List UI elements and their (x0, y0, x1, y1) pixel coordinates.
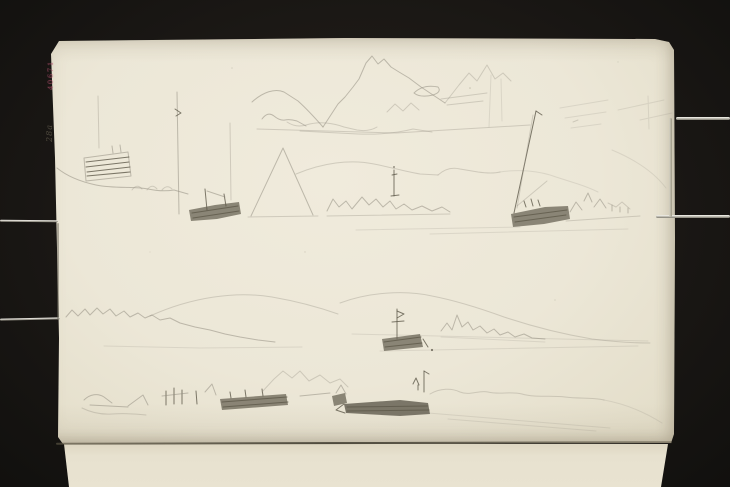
left-clip-wire-upper (0, 220, 58, 222)
red-accession-stamp: 40671 (45, 50, 57, 100)
right-clip-wire-lower (656, 215, 730, 218)
sketchbook-lower-page (60, 444, 670, 487)
folio-number: 28a (44, 118, 56, 148)
right-clip-wire-edge (669, 118, 672, 217)
left-clip-wire-lower (0, 317, 60, 320)
page-shading (45, 38, 675, 444)
right-clip-wire-upper (676, 117, 730, 120)
photograph-background: 40671 28a (0, 0, 730, 487)
sketchbook-page (45, 38, 675, 444)
left-clip-wire-edge (57, 223, 59, 320)
